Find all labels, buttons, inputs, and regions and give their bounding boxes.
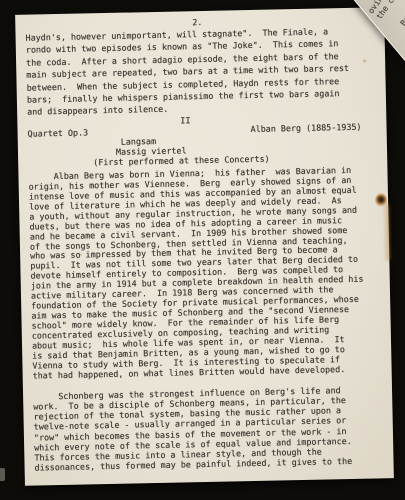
- paragraph-berg-biography: Alban Berg was born in Vienna; his fathe…: [28, 165, 381, 381]
- scanned-document-view: 2. Haydn's, however unimportant, will st…: [0, 0, 405, 500]
- composer-name: Alban Berg (1885-1935): [251, 122, 362, 134]
- paragraph-schonberg-influence: Schonberg was the strongest influence on…: [33, 384, 384, 473]
- page-text-column: 2. Haydn's, however unimportant, will st…: [25, 7, 384, 473]
- edge-stain: [382, 203, 390, 261]
- corner-text-fragment: Berg: [399, 7, 405, 29]
- scanner-edge-mark: [0, 468, 5, 481]
- paragraph-haydn-finale: Haydn's, however unimportant, will stagn…: [25, 24, 376, 118]
- work-title: Quartet Op.3: [27, 127, 88, 138]
- paper-speck: [80, 254, 82, 256]
- document-page: 2. Haydn's, however unimportant, will st…: [15, 7, 394, 486]
- paper-speck: [363, 60, 366, 63]
- corner-text-fragment: oving pa the counte: [366, 0, 405, 22]
